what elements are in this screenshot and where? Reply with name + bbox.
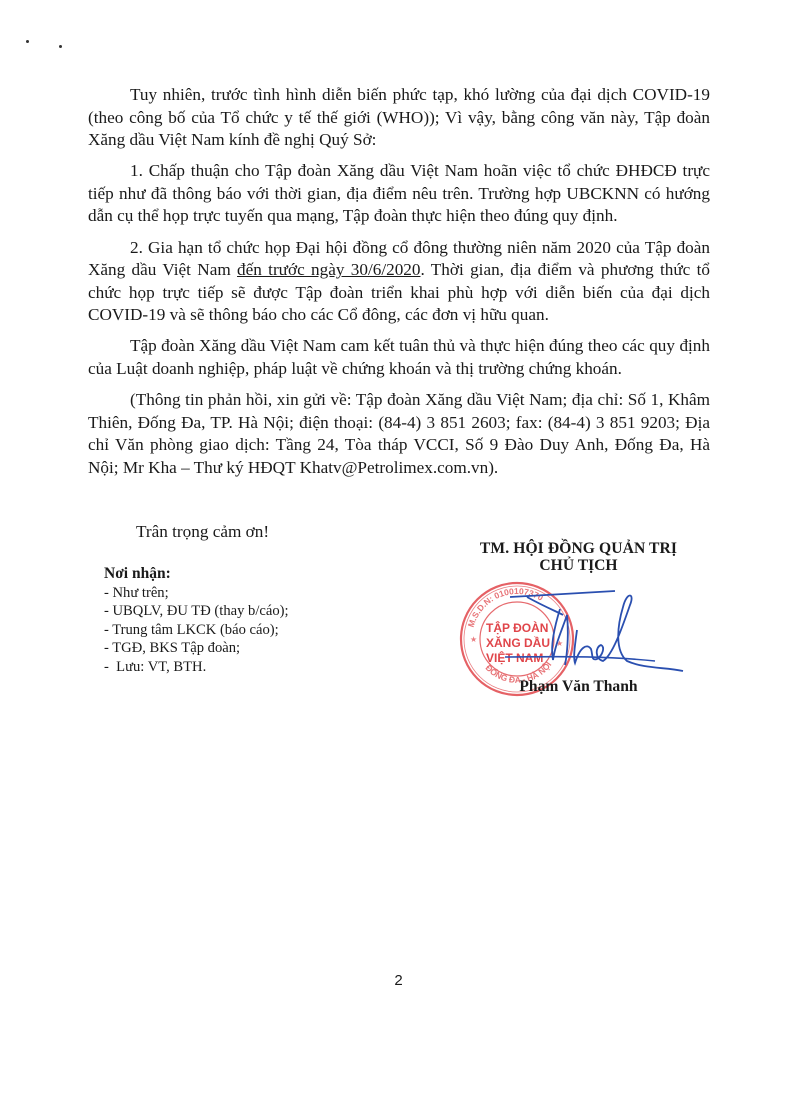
paragraph-request-2: 2. Gia hạn tổ chức họp Đại hội đồng cổ đ… bbox=[88, 237, 710, 327]
recipient-item: - Như trên; bbox=[104, 584, 289, 603]
recipient-item: - UBQLV, ĐU TĐ (thay b/cáo); bbox=[104, 602, 289, 621]
page-number: 2 bbox=[0, 972, 797, 989]
recipient-item: - TGĐ, BKS Tập đoàn; bbox=[104, 639, 289, 658]
scan-speck bbox=[26, 40, 29, 43]
handwritten-signature-icon bbox=[505, 585, 685, 675]
closing-thanks: Trân trọng cảm ơn! bbox=[136, 522, 269, 542]
recipient-item: - Trung tâm LKCK (báo cáo); bbox=[104, 621, 289, 640]
recipients-block: Nơi nhận: - Như trên; - UBQLV, ĐU TĐ (th… bbox=[104, 565, 289, 677]
signatory-name: Phạm Văn Thanh bbox=[466, 678, 691, 696]
paragraph-contact: (Thông tin phản hồi, xin gửi về: Tập đoà… bbox=[88, 389, 710, 479]
deadline-underlined: đến trước ngày 30/6/2020 bbox=[237, 260, 420, 279]
paragraph-intro: Tuy nhiên, trước tình hình diễn biến phứ… bbox=[88, 84, 710, 152]
scan-speck bbox=[59, 45, 62, 48]
signatory-title: CHỦ TỊCH bbox=[466, 557, 691, 575]
signatory-organization: TM. HỘI ĐỒNG QUẢN TRỊ bbox=[466, 540, 691, 558]
svg-text:★: ★ bbox=[470, 635, 477, 644]
letter-body: Tuy nhiên, trước tình hình diễn biến phứ… bbox=[88, 84, 710, 488]
recipients-heading: Nơi nhận: bbox=[104, 565, 289, 584]
paragraph-request-1: 1. Chấp thuận cho Tập đoàn Xăng dầu Việt… bbox=[88, 160, 710, 228]
recipient-item: - Lưu: VT, BTH. bbox=[104, 658, 289, 677]
paragraph-commitment: Tập đoàn Xăng dầu Việt Nam cam kết tuân … bbox=[88, 335, 710, 380]
signature-block: TM. HỘI ĐỒNG QUẢN TRỊ CHỦ TỊCH Phạm Văn … bbox=[466, 540, 691, 575]
